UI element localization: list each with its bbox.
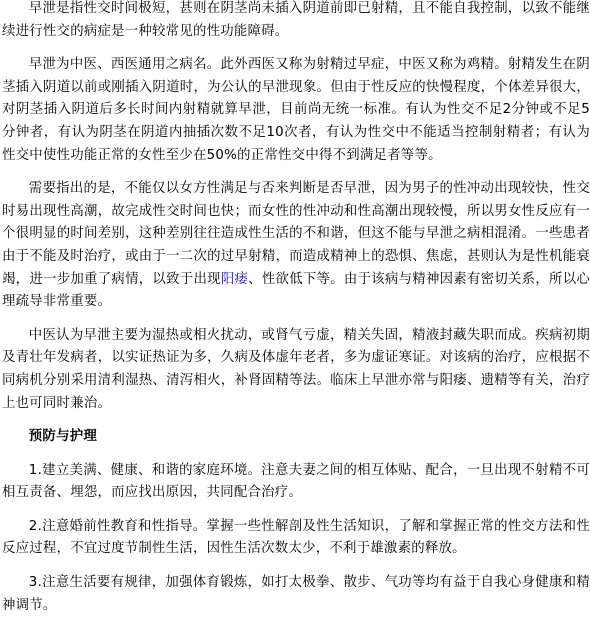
paragraph-tcm: 中医认为早泄主要为湿热或相火扰动，或肾气亏虚，精关失固，精液封藏失职而成。疾病初… — [2, 325, 590, 415]
tip-item: 1.建立美满、健康、和谐的家庭环境。注意夫妻之间的相互体贴、配合，一旦出现不射精… — [2, 460, 590, 505]
article-body: 早泄是指性交时间极短，甚则在阴茎尚未插入阴道前即已射精，且不能自我控制，以致不能… — [0, 0, 590, 617]
paragraph-psychology: 需要指出的是，不能仅以女方性满足与否来判断是否早泄，因为男子的性冲动出现较快，性… — [2, 178, 590, 314]
section-heading: 预防与护理 — [2, 426, 590, 449]
link-yangwei[interactable]: 阳痿 — [221, 272, 248, 287]
tip-item: 2.注意婚前性教育和性指导。掌握一些性解剖及性生活知识，了解和掌握正常的性交方法… — [2, 516, 590, 561]
paragraph-diagnosis: 早泄为中医、西医通用之病名。此外西医又称为射精过早症，中医又称为鸡精。射精发生在… — [2, 54, 590, 167]
tip-item: 3.注意生活要有规律，加强体育锻炼，如打太极拳、散步、气功等均有益于自我心身健康… — [2, 572, 590, 617]
paragraph-definition: 早泄是指性交时间极短，甚则在阴茎尚未插入阴道前即已射精，且不能自我控制，以致不能… — [2, 0, 590, 43]
